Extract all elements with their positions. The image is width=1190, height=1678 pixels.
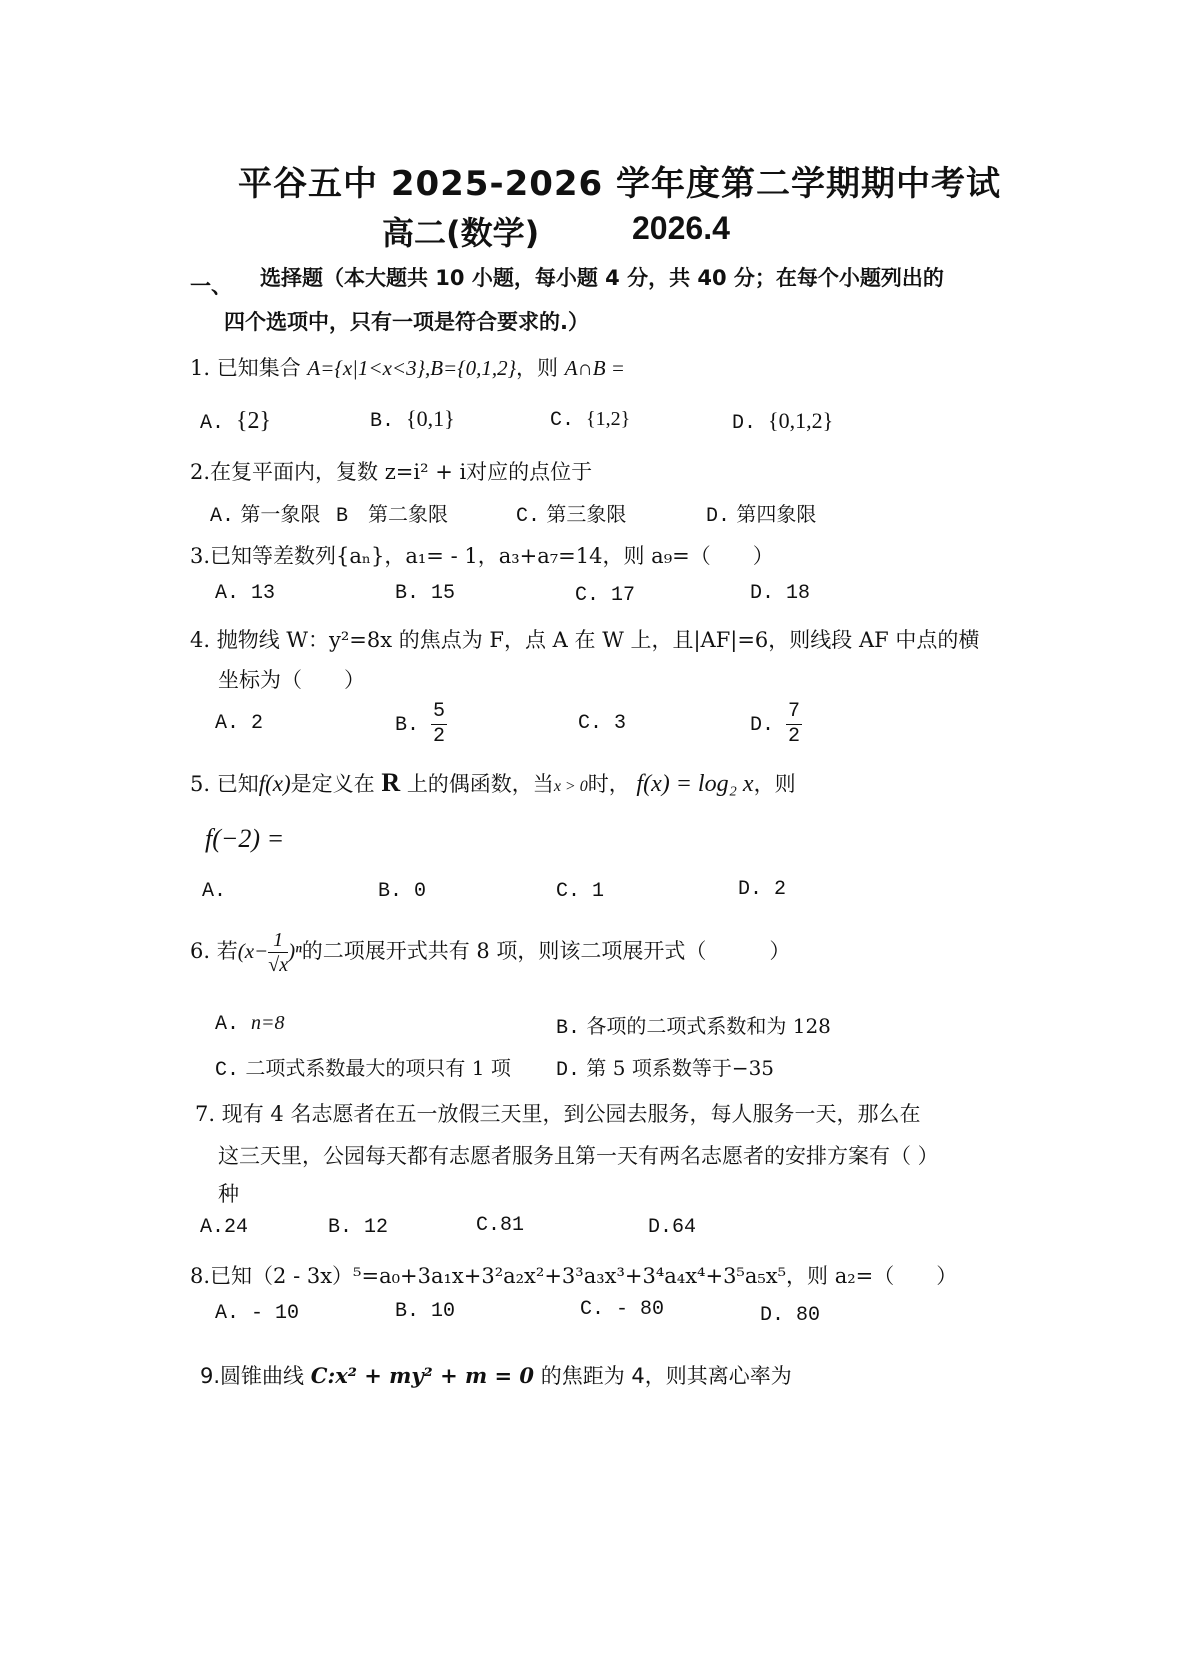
option-b[interactable]: B 第二象限: [336, 498, 448, 528]
option-b[interactable]: B. {0,1}: [370, 406, 455, 433]
option-c[interactable]: C. 第三象限: [516, 498, 626, 528]
option-a[interactable]: A. 第一象限: [210, 498, 320, 528]
question-number: 1.: [190, 356, 210, 380]
option-b[interactable]: B. 各项的二项式系数和为 128: [556, 1010, 831, 1040]
option-a[interactable]: A. n=8: [215, 1012, 285, 1036]
question-6: 6. 若(x−1√x)ⁿ的二项展开式共有 8 项，则该二项展开式（ ）: [190, 930, 790, 975]
question-number: 9.: [200, 1364, 220, 1388]
option-c[interactable]: C. 1: [556, 880, 604, 903]
option-a[interactable]: A. {2}: [200, 408, 271, 435]
question-7: 7. 现有 4 名志愿者在五一放假三天里，到公园去服务，每人服务一天，那么在: [195, 1098, 920, 1128]
math-expression: C:x² + my² + m = 0: [311, 1363, 534, 1388]
question-number: 4.: [190, 628, 210, 652]
option-a[interactable]: A.24: [200, 1216, 248, 1239]
question-number: 3.: [190, 544, 210, 568]
option-b[interactable]: B. 10: [395, 1300, 455, 1323]
option-d[interactable]: D. 72: [750, 702, 802, 747]
option-c[interactable]: C.81: [476, 1214, 524, 1237]
question-4: 4. 抛物线 W：y²=8x 的焦点为 F，点 A 在 W 上，且|AF|=6，…: [190, 624, 979, 654]
option-d[interactable]: D. 18: [750, 582, 810, 605]
question-8: 8.已知（2 - 3x）⁵=a₀+3a₁x+3²a₂x²+3³a₃x³+3⁴a₄…: [190, 1260, 957, 1290]
option-d[interactable]: D. 第 5 项系数等于−35: [556, 1052, 774, 1082]
question-2: 2.在复平面内，复数 z=i² + i对应的点位于: [190, 456, 592, 486]
option-a[interactable]: A. 13: [215, 582, 275, 605]
question-number: 2.: [190, 460, 210, 484]
question-1: 1. 已知集合 A={x|1<x<3},B={0,1,2}，则 A∩B =: [190, 352, 625, 382]
fraction: 52: [431, 702, 447, 747]
question-5: 5. 已知f(x)是定义在 R 上的偶函数，当x > 0时， f(x) = lo…: [190, 768, 796, 798]
question-7-line2: 这三天里，公园每天都有志愿者服务且第一天有两名志愿者的安排方案有（ ）: [218, 1140, 939, 1170]
option-b[interactable]: B. 52: [395, 702, 447, 747]
question-number: 6.: [190, 939, 210, 963]
question-3: 3.已知等差数列{aₙ}，a₁= - 1，a₃+a₇=14，则 a₉=（ ）: [190, 540, 774, 570]
option-d[interactable]: D. 第四象限: [706, 498, 816, 528]
real-numbers-symbol: R: [381, 768, 400, 797]
option-b[interactable]: B. 12: [328, 1216, 388, 1239]
option-d[interactable]: D. 80: [760, 1304, 820, 1327]
question-7-line3: 种: [218, 1178, 239, 1208]
exam-subtitle: 高二(数学): [382, 208, 539, 254]
option-b[interactable]: B. 0: [378, 880, 426, 903]
option-a[interactable]: A.: [202, 880, 226, 903]
option-b[interactable]: B. 15: [395, 582, 455, 605]
question-number: 8.: [190, 1264, 210, 1288]
option-d[interactable]: D.64: [648, 1216, 696, 1239]
section-instructions-line1: 选择题（本大题共 10 小题，每小题 4 分，共 40 分；在每个小题列出的: [260, 262, 944, 292]
option-a[interactable]: A. - 10: [215, 1302, 299, 1325]
section-number: 一、: [190, 270, 232, 300]
option-c[interactable]: C. - 80: [580, 1298, 664, 1321]
math-expression: A={x|1<x<3},B={0,1,2}: [307, 356, 516, 380]
option-c[interactable]: C. 3: [578, 712, 626, 735]
option-c[interactable]: C. {1,2}: [550, 408, 630, 432]
question-4-line2: 坐标为（ ）: [218, 664, 365, 694]
section-instructions-line2: 四个选项中，只有一项是符合要求的.）: [224, 306, 589, 336]
question-number: 5.: [190, 772, 210, 796]
option-a[interactable]: A. 2: [215, 712, 263, 735]
fraction: 72: [786, 702, 802, 747]
exam-date: 2026.4: [632, 210, 730, 247]
option-d[interactable]: D. {0,1,2}: [732, 408, 833, 435]
question-5-line2: f(−2) =: [205, 824, 284, 854]
question-9: 9.圆锥曲线 C:x² + my² + m = 0 的焦距为 4，则其离心率为: [200, 1360, 792, 1390]
option-c[interactable]: C. 二项式系数最大的项只有 1 项: [215, 1052, 511, 1082]
question-number: 7.: [195, 1102, 215, 1126]
option-d[interactable]: D. 2: [738, 878, 786, 901]
fraction: 1√x: [268, 930, 288, 975]
exam-title: 平谷五中 2025-2026 学年度第二学期期中考试: [238, 156, 1001, 205]
option-c[interactable]: C. 17: [575, 584, 635, 607]
